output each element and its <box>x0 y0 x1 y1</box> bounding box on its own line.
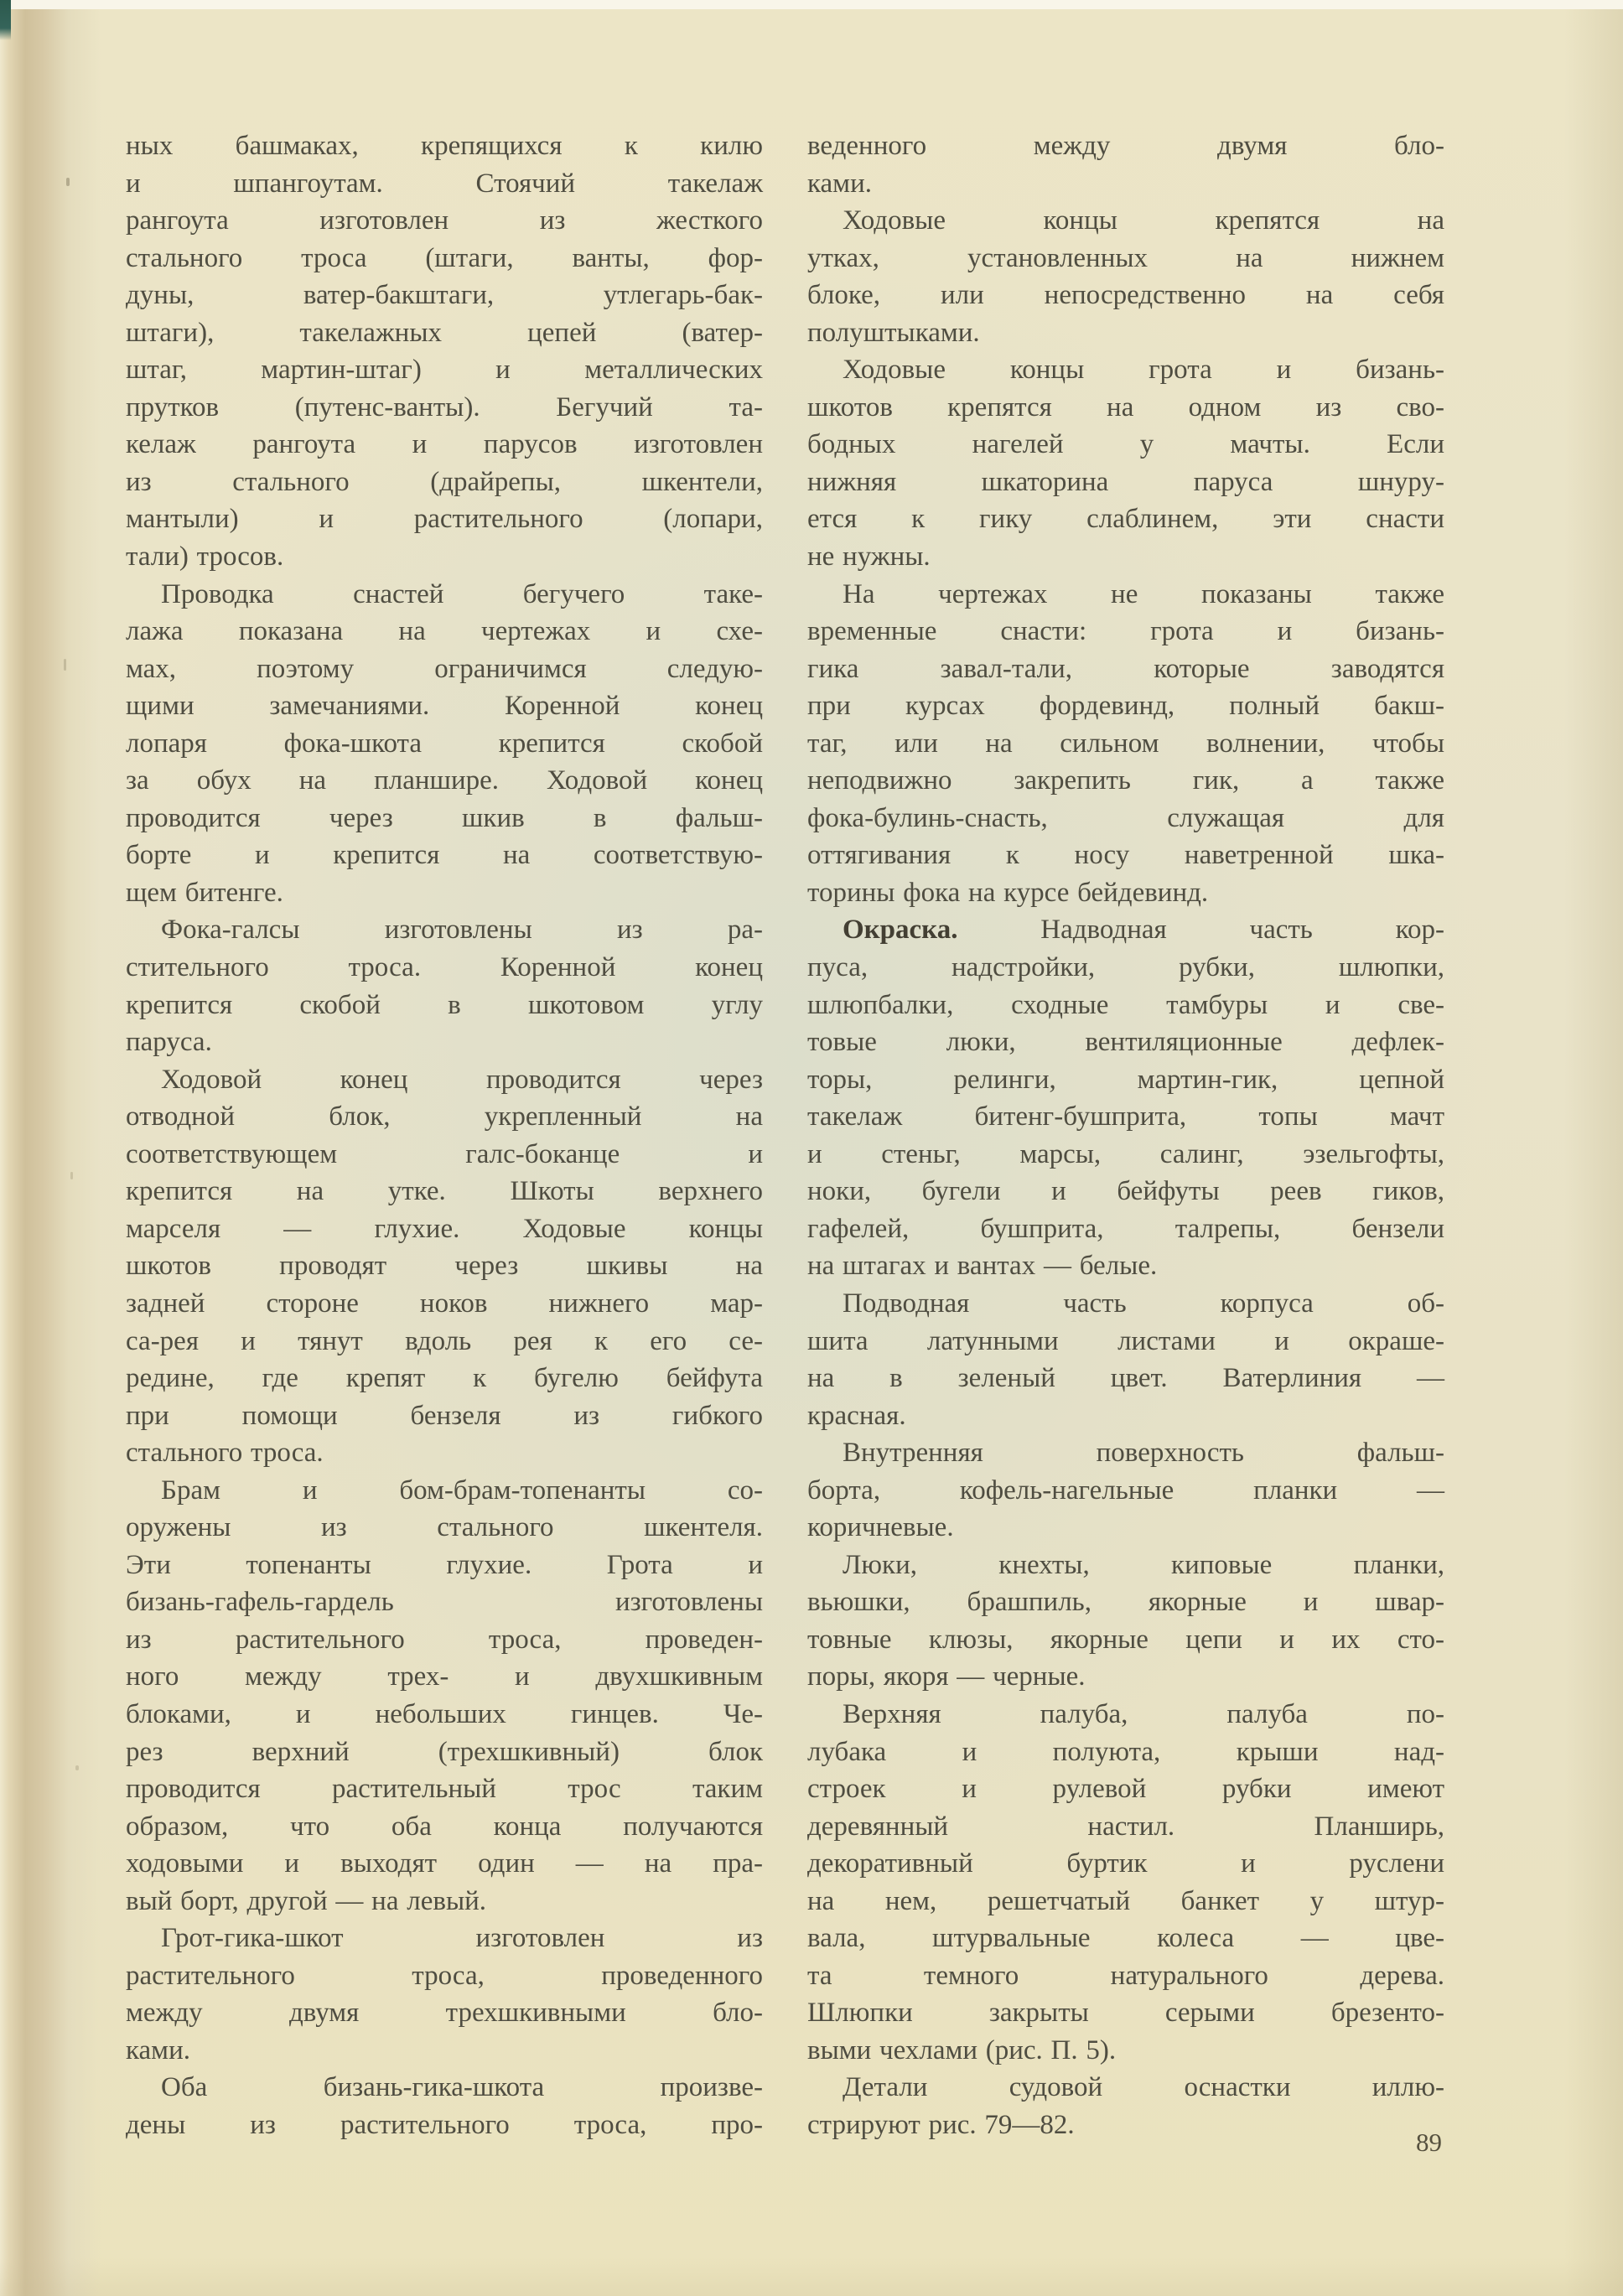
text-line: Оба бизань-гика-шкота произве- <box>126 2069 763 2107</box>
text-line: блоками, и небольших гинцев. Че- <box>126 1696 763 1734</box>
text-line: На чертежах не показаны также <box>807 576 1444 614</box>
text-line: са-рея и тянут вдоль рея к его се- <box>126 1323 763 1360</box>
text-line: Ходовой конец проводится через <box>126 1061 763 1099</box>
book-gutter-shadow <box>0 0 101 2296</box>
text-line: на штагах и вантах — белые. <box>807 1247 1444 1285</box>
text-line: вьюшки, брашпиль, якорные и швар- <box>807 1583 1444 1621</box>
text-line: бизань-гафель-гардель изготовлены <box>126 1583 763 1621</box>
text-line: Окраска. Надводная часть кор- <box>807 911 1444 949</box>
margin-speck <box>75 1765 79 1770</box>
text-line: стального троса (штаги, ванты, фор- <box>126 240 763 277</box>
text-line: такелаж битенг-бушприта, топы мачт <box>807 1098 1444 1136</box>
text-line: из растительного троса, проведен- <box>126 1621 763 1659</box>
text-line: ками. <box>807 165 1444 203</box>
text-line: таг, или на сильном волнении, чтобы <box>807 725 1444 763</box>
text-line: неподвижно закрепить гик, а также <box>807 762 1444 800</box>
text-line: лопаря фока-шкота крепится скобой <box>126 725 763 763</box>
text-line: нижняя шкаторина паруса шнуру- <box>807 464 1444 501</box>
text-line: Эти топенанты глухие. Грота и <box>126 1547 763 1584</box>
text-line: пуса, надстройки, рубки, шлюпки, <box>807 949 1444 987</box>
text-line: оружены из стального шкентеля. <box>126 1509 763 1547</box>
text-line: ется к гику слаблинем, эти снасти <box>807 500 1444 538</box>
text-line: ками. <box>126 2032 763 2070</box>
text-line: ных башмаках, крепящихся к килю <box>126 127 763 165</box>
text-line: шита латунными листами и окраше- <box>807 1323 1444 1360</box>
text-line: крепится скобой в шкотовом углу <box>126 987 763 1024</box>
adjacent-page-corner <box>0 0 11 40</box>
text-line: Фока-галсы изготовлены из ра- <box>126 911 763 949</box>
text-line: крепится на утке. Шкоты верхнего <box>126 1173 763 1210</box>
text-line: бодных нагелей у мачты. Если <box>807 426 1444 464</box>
text-line: Детали судовой оснастки иллю- <box>807 2069 1444 2107</box>
text-line: дуны, ватер-бакштаги, утлегарь-бак- <box>126 277 763 314</box>
text-line: мантыли) и растительного (лопари, <box>126 500 763 538</box>
paragraph-lead-bold: Окраска. <box>843 915 957 945</box>
text-line: образом, что оба конца получаются <box>126 1808 763 1846</box>
text-line: торы, релинги, мартин-гик, цепной <box>807 1061 1444 1099</box>
text-line: при курсах фордевинд, полный бакш- <box>807 687 1444 725</box>
text-line: шкотов проводят через шкивы на <box>126 1247 763 1285</box>
text-line: выми чехлами (рис. П. 5). <box>807 2032 1444 2070</box>
text-line: Грот-гика-шкот изготовлен из <box>126 1920 763 1957</box>
text-column-right: веденного между двумя бло-ками.Ходовые к… <box>807 127 1444 2144</box>
text-line: стительного троса. Коренной конец <box>126 949 763 987</box>
text-line: на в зеленый цвет. Ватерлиния — <box>807 1360 1444 1397</box>
text-line: стального троса. <box>126 1434 763 1472</box>
text-line: между двумя трехшкивными бло- <box>126 1994 763 2032</box>
text-line: Люки, кнехты, киповые планки, <box>807 1547 1444 1584</box>
text-line: отводной блок, укрепленный на <box>126 1098 763 1136</box>
text-line: марселя — глухие. Ходовые концы <box>126 1210 763 1248</box>
text-line: фока-булинь-снасть, служащая для <box>807 800 1444 837</box>
text-line: щими замечаниями. Коренной конец <box>126 687 763 725</box>
text-column-left: ных башмаках, крепящихся к килюи шпангоу… <box>126 127 763 2144</box>
text-line: редине, где крепят к бугелю бейфута <box>126 1360 763 1397</box>
text-line: деревянный настил. Планширь, <box>807 1808 1444 1846</box>
text-line: Ходовые концы крепятся на <box>807 202 1444 240</box>
text-line: Брам и бом-брам-топенанты со- <box>126 1472 763 1510</box>
text-line: полуштыками. <box>807 314 1444 352</box>
text-line: торины фока на курсе бейдевинд. <box>807 874 1444 912</box>
scan-top-edge <box>0 0 1623 9</box>
text-line: та темного натурального дерева. <box>807 1957 1444 1995</box>
text-line: рез верхний (трехшкивный) блок <box>126 1734 763 1771</box>
page-bottom-edge-shade <box>0 2257 1623 2296</box>
text-line: келаж рангоута и парусов изготовлен <box>126 426 763 464</box>
margin-speck <box>70 1172 73 1179</box>
text-line: товные клюзы, якорные цепи и их сто- <box>807 1621 1444 1659</box>
text-line: Ходовые концы грота и бизань- <box>807 351 1444 389</box>
text-line: строек и рулевой рубки имеют <box>807 1770 1444 1808</box>
text-line: вый борт, другой — на левый. <box>126 1883 763 1920</box>
text-line: блоке, или непосредственно на себя <box>807 277 1444 314</box>
text-line: гика завал-тали, которые заводятся <box>807 650 1444 688</box>
text-line: ноки, бугели и бейфуты реев гиков, <box>807 1173 1444 1210</box>
text-line: и стеньг, марсы, салинг, эзельгофты, <box>807 1136 1444 1174</box>
text-line: лажа показана на чертежах и схе- <box>126 613 763 650</box>
page-number: 89 <box>807 2128 1442 2158</box>
text-line: мах, поэтому ограничимся следую- <box>126 650 763 688</box>
text-line: тали) тросов. <box>126 538 763 576</box>
text-line: паруса. <box>126 1024 763 1061</box>
margin-speck <box>64 659 66 671</box>
text-line: штаги), такелажных цепей (ватер- <box>126 314 763 352</box>
text-line: ходовыми и выходят один — на пра- <box>126 1845 763 1883</box>
text-line: и шпангоутам. Стоячий такелаж <box>126 165 763 203</box>
text-line: дены из растительного троса, про- <box>126 2107 763 2144</box>
text-line: Подводная часть корпуса об- <box>807 1285 1444 1323</box>
text-line: Проводка снастей бегучего таке- <box>126 576 763 614</box>
text-line: поры, якоря — черные. <box>807 1658 1444 1696</box>
text-line: проводится через шкив в фальш- <box>126 800 763 837</box>
text-line: не нужны. <box>807 538 1444 576</box>
text-line: щем битенге. <box>126 874 763 912</box>
text-line: Шлюпки закрыты серыми брезенто- <box>807 1994 1444 2032</box>
margin-speck <box>66 178 70 186</box>
text-line: проводится растительный трос таким <box>126 1770 763 1808</box>
text-line: ного между трех- и двухшкивным <box>126 1658 763 1696</box>
text-line: рангоута изготовлен из жесткого <box>126 202 763 240</box>
text-line: временные снасти: грота и бизань- <box>807 613 1444 650</box>
text-line: утках, установленных на нижнем <box>807 240 1444 277</box>
text-line: красная. <box>807 1397 1444 1435</box>
text-line: оттягивания к носу наветренной шка- <box>807 837 1444 874</box>
text-line: Верхняя палуба, палуба по- <box>807 1696 1444 1734</box>
text-line: вала, штурвальные колеса — цве- <box>807 1920 1444 1957</box>
text-line: на нем, решетчатый банкет у штур- <box>807 1883 1444 1920</box>
text-line: шкотов крепятся на одном из сво- <box>807 389 1444 427</box>
text-line: за обух на планшире. Ходовой конец <box>126 762 763 800</box>
text-line: веденного между двумя бло- <box>807 127 1444 165</box>
text-line: Внутренняя поверхность фальш- <box>807 1434 1444 1472</box>
text-line: из стального (драйрепы, шкентели, <box>126 464 763 501</box>
text-line: товые люки, вентиляционные дефлек- <box>807 1024 1444 1061</box>
text-line: гафелей, бушприта, талрепы, бензели <box>807 1210 1444 1248</box>
text-line: декоративный буртик и руслени <box>807 1845 1444 1883</box>
text-line: шлюпбалки, сходные тамбуры и све- <box>807 987 1444 1024</box>
text-line: коричневые. <box>807 1509 1444 1547</box>
text-line: при помощи бензеля из гибкого <box>126 1397 763 1435</box>
text-line: лубака и полуюта, крыши над- <box>807 1734 1444 1771</box>
text-line: соответствующем галс-боканце и <box>126 1136 763 1174</box>
text-line: прутков (путенс-ванты). Бегучий та- <box>126 389 763 427</box>
text-line: задней стороне ноков нижнего мар- <box>126 1285 763 1323</box>
text-line: растительного троса, проведенного <box>126 1957 763 1995</box>
text-line: штаг, мартин-штаг) и металлических <box>126 351 763 389</box>
page-right-edge-shade <box>1564 0 1623 2296</box>
text-line: борта, кофель-нагельные планки — <box>807 1472 1444 1510</box>
text-line: борте и крепится на соответствую- <box>126 837 763 874</box>
